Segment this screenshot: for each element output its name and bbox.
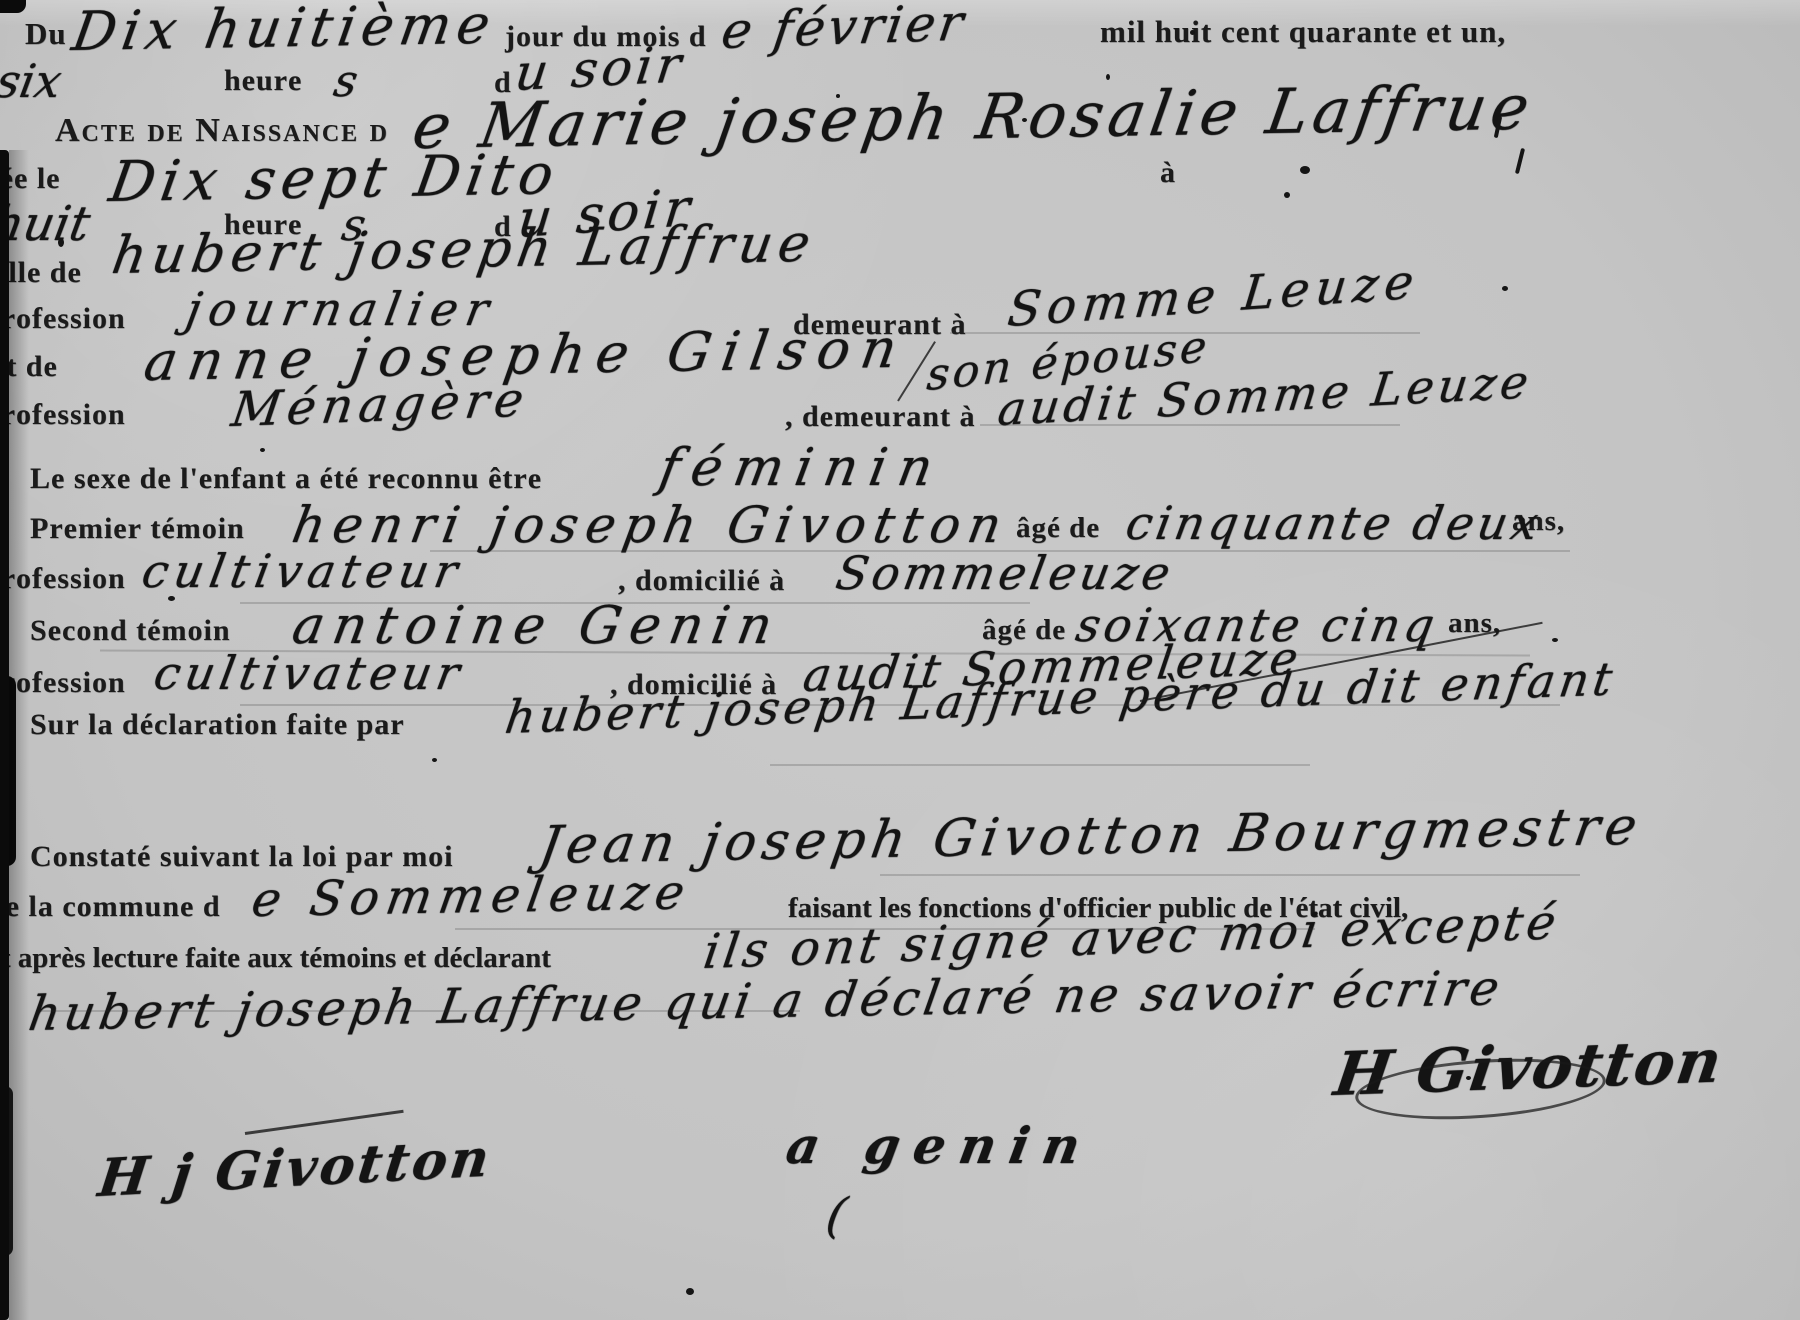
label-year: mil huit cent quarante et un, xyxy=(1100,14,1506,50)
ink-speck xyxy=(1106,74,1110,80)
hand-commune: e Sommeleuze xyxy=(248,864,695,928)
signature-overline-flourish xyxy=(245,1110,404,1135)
hand-mother-profession: Ménagère xyxy=(228,372,533,438)
ink-speck xyxy=(168,596,175,601)
hand-hour: six xyxy=(0,54,66,108)
ink-speck xyxy=(1190,30,1195,35)
hand-w1-profession: cultivateur xyxy=(138,544,468,598)
hand-w1-age: cinquante deux xyxy=(1122,496,1546,550)
label-second-temoin: Second témoin xyxy=(30,614,231,648)
scan-edge-shadow xyxy=(9,150,29,1320)
ink-speck xyxy=(1284,192,1290,198)
scan-edge-corner xyxy=(0,0,26,13)
ink-speck xyxy=(1552,638,1558,642)
hand-day: Dix huitième xyxy=(68,0,500,63)
faint-rule xyxy=(880,874,1580,876)
faint-rule xyxy=(455,928,1315,930)
hand-month: e février xyxy=(718,0,970,60)
faint-rule xyxy=(430,550,1570,552)
label-commune: de la commune d xyxy=(0,890,221,924)
label-domicilie-w1: , domicilié à xyxy=(618,564,785,598)
ink-speck xyxy=(686,1288,694,1295)
ink-speck xyxy=(1502,286,1508,291)
label-premier-temoin: Premier témoin xyxy=(30,512,245,546)
faint-rule xyxy=(240,602,1030,604)
ink-speck xyxy=(1300,166,1310,174)
faint-rule xyxy=(950,332,1420,334)
label-acte-de-naissance: Acte de Naissance d xyxy=(55,112,389,150)
faint-rule xyxy=(980,424,1400,426)
ink-speck xyxy=(260,448,265,452)
faint-rule xyxy=(770,764,1310,766)
hand-sex: féminin xyxy=(655,438,949,498)
faint-rule xyxy=(40,1010,800,1012)
hand-father-residence: Somme Leuze xyxy=(1005,254,1422,338)
hand-officer-name: Jean joseph Givotton Bourgmestre xyxy=(535,797,1647,876)
label-sexe-enfant: Le sexe de l'enfant a été reconnu être xyxy=(30,462,542,496)
ink-speck xyxy=(1466,1076,1471,1080)
ink-speck xyxy=(58,238,64,247)
label-heure-1: heure xyxy=(224,64,302,98)
label-demeurant-mother: , demeurant à xyxy=(785,400,975,434)
signature-witness2: a genin xyxy=(782,1116,1099,1175)
label-sur-declaration: Sur la déclaration faite par xyxy=(30,708,405,742)
ink-speck xyxy=(836,94,840,98)
signature-witness1: H j Givotton xyxy=(95,1128,495,1209)
label-apres-lecture: et après lecture faite aux témoins et dé… xyxy=(0,942,551,975)
faint-rule xyxy=(240,704,1560,706)
scanned-birth-record: Du jour du mois d mil huit cent quarante… xyxy=(0,0,1800,1320)
hand-birth-date: Dix sept Dito xyxy=(105,142,564,215)
hand-w2-profession: cultivateur xyxy=(150,646,469,700)
label-a: à xyxy=(1160,156,1176,190)
hand-father-name: hubert joseph Laffrue xyxy=(108,214,820,286)
ink-speck xyxy=(432,758,437,762)
signature-stray-mark: ( xyxy=(822,1188,851,1244)
ink-speck xyxy=(1515,148,1525,174)
label-du: Du xyxy=(25,16,67,52)
hand-hour-plural-1: s xyxy=(330,56,362,107)
hand-w1-residence: Sommeleuze xyxy=(832,546,1178,600)
ink-speck xyxy=(1022,118,1027,122)
label-age-w1: âgé de xyxy=(1016,512,1100,545)
